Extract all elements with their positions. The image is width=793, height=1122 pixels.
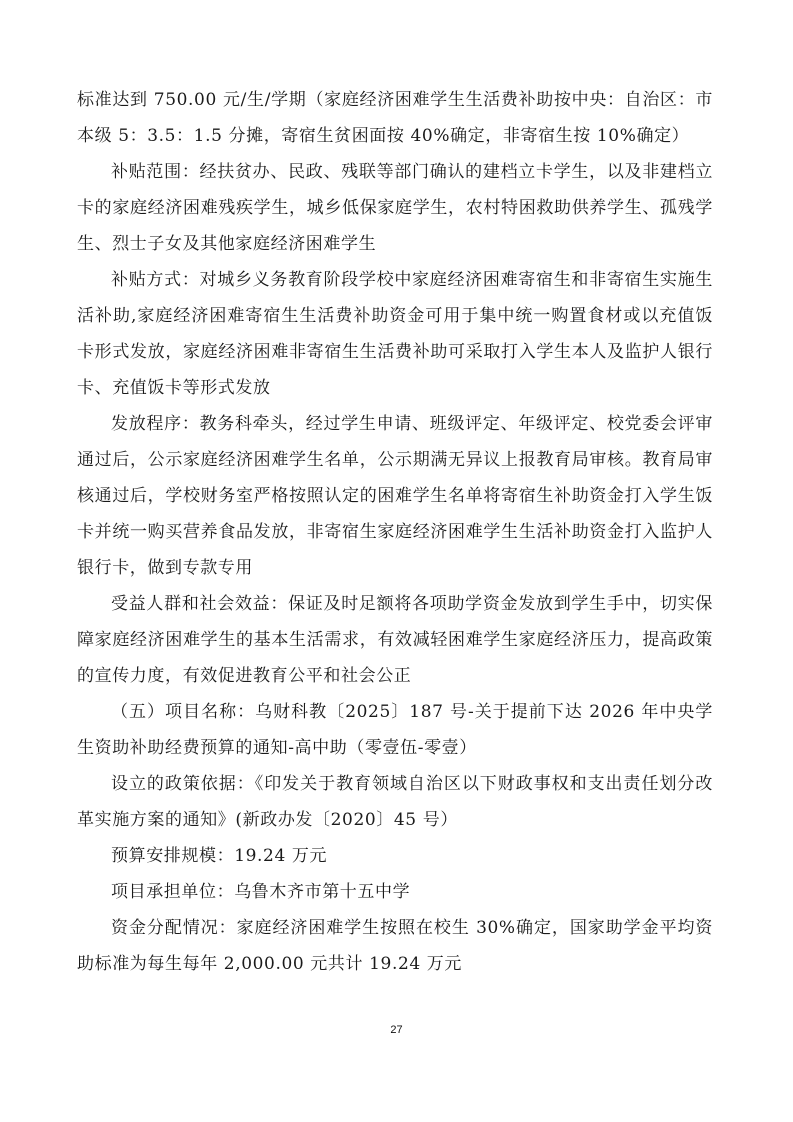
paragraph-project-name: （五）项目名称：乌财科教〔2025〕187 号-关于提前下达 2026 年中央学… <box>77 694 713 766</box>
paragraph-distribution-procedure: 发放程序：教务科牵头，经过学生申请、班级评定、年级评定、校党委会评审通过后，公示… <box>77 406 713 586</box>
paragraph-policy-basis: 设立的政策依据：《印发关于教育领域自治区以下财政事权和支出责任划分改革实施方案的… <box>77 766 713 838</box>
paragraph-responsible-unit: 项目承担单位：乌鲁木齐市第十五中学 <box>77 874 713 910</box>
paragraph-subsidy-scope: 补贴范围：经扶贫办、民政、残联等部门确认的建档立卡学生，以及非建档立卡的家庭经济… <box>77 154 713 262</box>
page-number: 27 <box>0 1024 793 1036</box>
paragraph-beneficiaries: 受益人群和社会效益：保证及时足额将各项助学资金发放到学生手中，切实保障家庭经济困… <box>77 586 713 694</box>
document-body: 标准达到 750.00 元/生/学期（家庭经济困难学生生活费补助按中央：自治区：… <box>77 82 713 982</box>
paragraph-budget-scale: 预算安排规模：19.24 万元 <box>77 838 713 874</box>
paragraph-fund-allocation: 资金分配情况：家庭经济困难学生按照在校生 30%确定，国家助学金平均资助标准为每… <box>77 910 713 982</box>
paragraph-subsidy-standard: 标准达到 750.00 元/生/学期（家庭经济困难学生生活费补助按中央：自治区：… <box>77 82 713 154</box>
paragraph-subsidy-method: 补贴方式：对城乡义务教育阶段学校中家庭经济困难寄宿生和非寄宿生实施生活补助,家庭… <box>77 262 713 406</box>
